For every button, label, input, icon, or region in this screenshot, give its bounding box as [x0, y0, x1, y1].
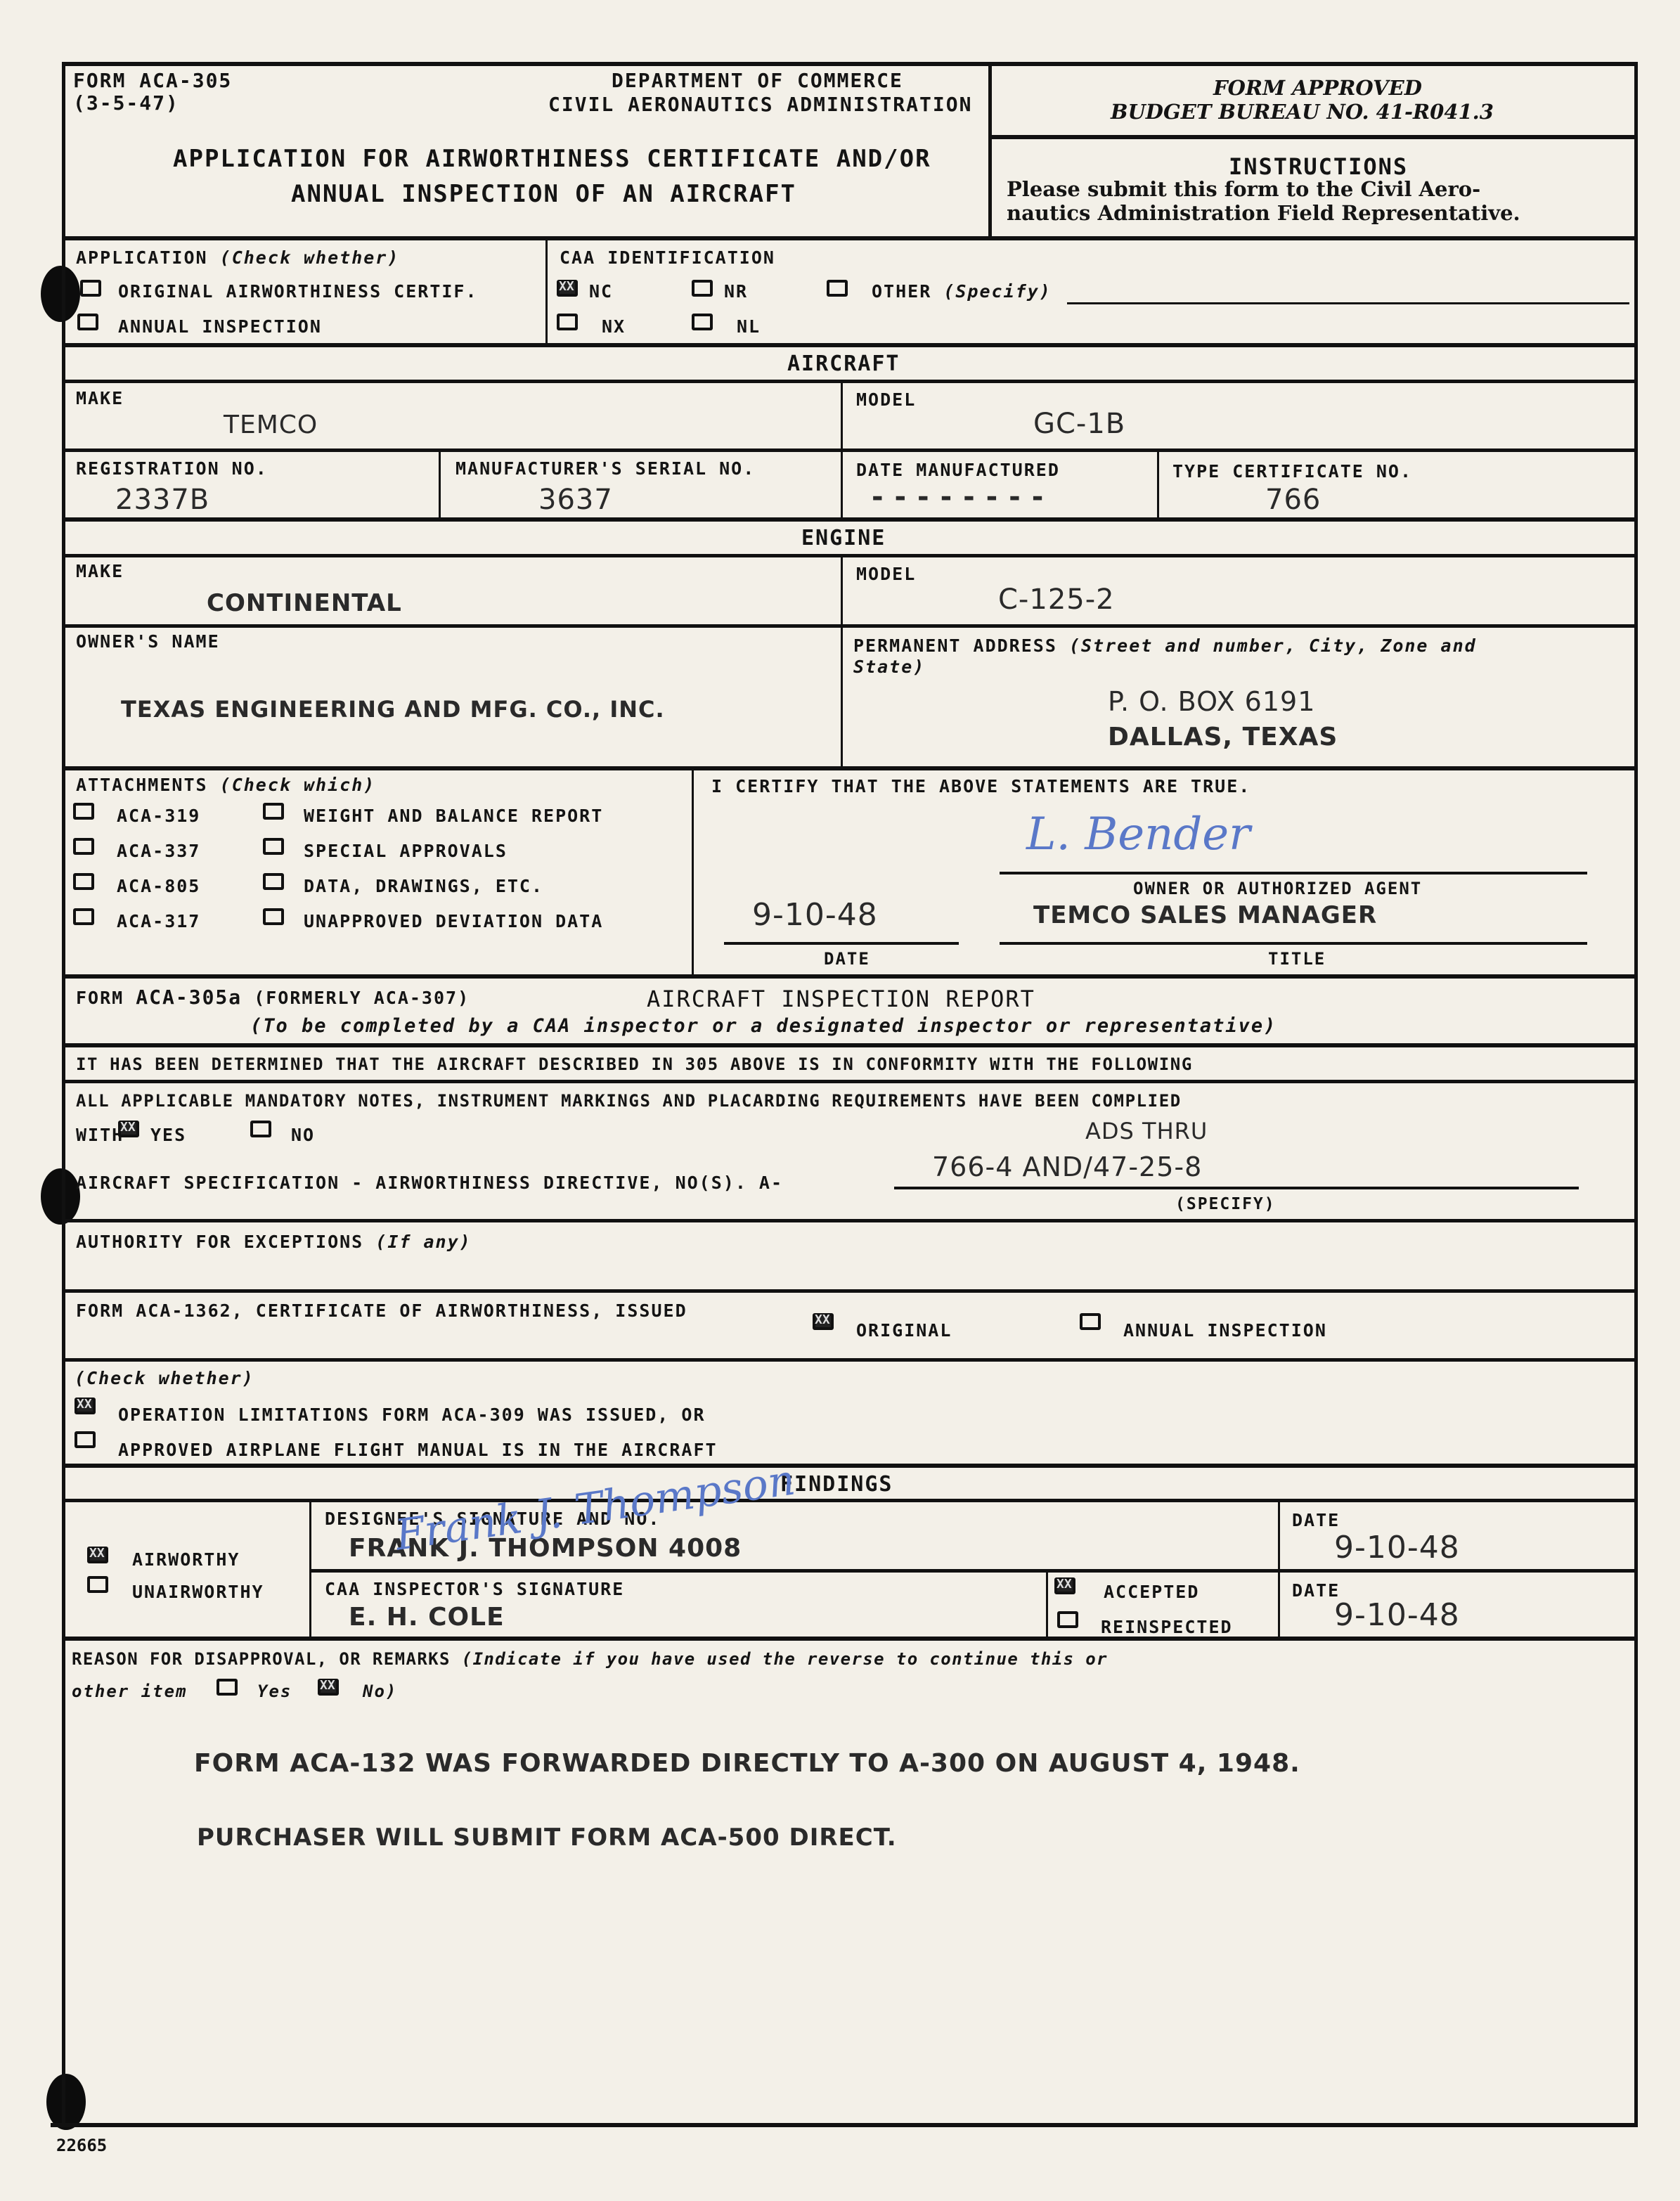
certification-title-label: TITLE: [1268, 949, 1326, 969]
form-approved: FORM APPROVED: [1213, 76, 1422, 100]
divider: [1157, 450, 1159, 520]
address-line1: P. O. BOX 6191: [1108, 686, 1315, 717]
aircraft-model-value: GC-1B: [1033, 408, 1125, 440]
divider: [63, 1043, 1638, 1047]
accepted-label: ACCEPTED: [1104, 1582, 1199, 1602]
check-whether-label: (Check whether): [75, 1368, 254, 1388]
attachment-aca-319-checkbox[interactable]: [73, 803, 94, 820]
frame-bottom: [51, 2123, 1638, 2127]
divider: [63, 517, 1638, 522]
caa-nx-checkbox[interactable]: [557, 314, 578, 330]
certification-statement: I CERTIFY THAT THE ABOVE STATEMENTS ARE …: [711, 776, 1251, 796]
document-number: 22665: [56, 2136, 107, 2155]
date2-value: 9-10-48: [1334, 1597, 1460, 1633]
op-limits-label: OPERATION LIMITATIONS FORM ACA-309 WAS I…: [118, 1405, 706, 1425]
page-title-line1: APPLICATION FOR AIRWORTHINESS CERTIFICAT…: [173, 145, 931, 173]
signature-line: [1000, 872, 1587, 874]
certification-date-value: 9-10-48: [752, 897, 878, 933]
attachments-label: ATTACHMENTS (Check which): [76, 775, 375, 795]
serial-label: MANUFACTURER'S SERIAL NO.: [455, 458, 755, 479]
engine-model-value: C-125-2: [998, 583, 1115, 616]
date-line: [724, 942, 959, 945]
caa-other-checkbox[interactable]: [827, 280, 848, 297]
title-line: [1000, 942, 1587, 945]
cert-issued-label: FORM ACA-1362, CERTIFICATE OF AIRWORTHIN…: [76, 1300, 687, 1321]
date-manufactured-value: - - - - - - - -: [872, 481, 1044, 513]
inspection-report-title: AIRCRAFT INSPECTION REPORT: [647, 986, 1035, 1012]
attachment-data-drawings-label: DATA, DRAWINGS, ETC.: [304, 876, 543, 896]
caa-nr-checkbox[interactable]: [692, 280, 713, 297]
caa-nr-label: NR: [724, 281, 748, 302]
accepted-checkbox[interactable]: [1054, 1577, 1075, 1594]
administration: CIVIL AERONAUTICS ADMINISTRATION: [548, 93, 972, 116]
remarks-no-checkbox[interactable]: [318, 1679, 339, 1696]
divider: [63, 1464, 1638, 1468]
divider: [841, 555, 843, 766]
attachment-weight-balance-label: WEIGHT AND BALANCE REPORT: [304, 806, 603, 826]
date1-value: 9-10-48: [1334, 1530, 1460, 1566]
application-annual-label: ANNUAL INSPECTION: [118, 316, 322, 337]
punch-hole-bottom: [46, 2074, 86, 2130]
remarks-yes-checkbox[interactable]: [217, 1679, 238, 1696]
application-label: APPLICATION (Check whether): [76, 247, 399, 268]
attachment-unapproved-deviation-label: UNAPPROVED DEVIATION DATA: [304, 911, 603, 931]
form-number: FORM ACA-305: [73, 69, 232, 92]
op-limits-checkbox[interactable]: [75, 1398, 96, 1414]
divider: [63, 236, 1638, 240]
reinspected-label: REINSPECTED: [1101, 1617, 1233, 1637]
date2-label: DATE: [1292, 1580, 1340, 1601]
caa-nl-checkbox[interactable]: [692, 314, 713, 330]
instructions-line1: Please submit this form to the Civil Aer…: [1007, 177, 1480, 201]
caa-nc-checkbox[interactable]: [557, 280, 578, 297]
form-date: (3-5-47): [73, 91, 179, 115]
complied-yes-checkbox[interactable]: [118, 1121, 139, 1137]
aircraft-section-title: AIRCRAFT: [787, 351, 900, 376]
divider: [63, 448, 1638, 452]
instructions-line2: nautics Administration Field Representat…: [1007, 201, 1520, 225]
airworthy-label: AIRWORTHY: [132, 1549, 240, 1570]
caa-nx-label: NX: [602, 316, 626, 337]
attachment-unapproved-deviation-checkbox[interactable]: [263, 908, 284, 925]
attachment-aca-805-label: ACA-805: [117, 876, 200, 896]
remarks-line1: FORM ACA-132 WAS FORWARDED DIRECTLY TO A…: [194, 1749, 1300, 1778]
remarks-no-label: No): [363, 1682, 397, 1701]
divider: [63, 1358, 1638, 1362]
divider: [63, 766, 1638, 770]
divider: [545, 239, 548, 344]
caa-nc-label: NC: [589, 281, 613, 302]
instructions-title: INSTRUCTIONS: [1229, 153, 1408, 180]
attachment-aca-337-checkbox[interactable]: [73, 838, 94, 855]
attachment-aca-317-label: ACA-317: [117, 911, 200, 931]
divider: [63, 1219, 1638, 1222]
aircraft-make-label: MAKE: [76, 388, 124, 408]
exceptions-label: AUTHORITY FOR EXCEPTIONS (If any): [76, 1232, 472, 1252]
cert-annual-checkbox[interactable]: [1080, 1313, 1101, 1330]
inspector-label: CAA INSPECTOR'S SIGNATURE: [325, 1579, 624, 1599]
aircraft-model-label: MODEL: [856, 389, 916, 410]
reinspected-checkbox[interactable]: [1057, 1611, 1078, 1628]
flight-manual-label: APPROVED AIRPLANE FLIGHT MANUAL IS IN TH…: [118, 1440, 718, 1460]
exceptions-input[interactable]: [76, 1258, 1622, 1286]
punch-hole-middle: [41, 1168, 80, 1225]
owner-name-value: TEXAS ENGINEERING AND MFG. CO., INC.: [121, 696, 665, 723]
engine-section-title: ENGINE: [801, 526, 886, 550]
complied-no-label: NO: [291, 1125, 315, 1145]
owner-signature[interactable]: L. Bender: [1026, 808, 1251, 860]
date1-label: DATE: [1292, 1510, 1340, 1530]
complied-yes-label: YES: [150, 1125, 186, 1145]
engine-model-label: MODEL: [856, 564, 916, 584]
divider: [309, 1569, 1638, 1573]
owner-name-label: OWNER'S NAME: [76, 631, 220, 652]
engine-make-value: CONTINENTAL: [207, 589, 402, 617]
budget-bureau: BUDGET BUREAU NO. 41-R041.3: [1111, 100, 1494, 124]
attachment-data-drawings-checkbox[interactable]: [263, 873, 284, 890]
attachment-weight-balance-checkbox[interactable]: [263, 803, 284, 820]
attachment-aca-317-checkbox[interactable]: [73, 908, 94, 925]
type-certificate-value: 766: [1265, 484, 1321, 516]
aircraft-make-value: TEMCO: [224, 411, 318, 439]
inspection-report-subtitle: (To be completed by a CAA inspector or a…: [250, 1015, 1277, 1037]
inspection-form-label: FORM ACA-305a (FORMERLY ACA-307): [76, 986, 470, 1009]
attachment-aca-805-checkbox[interactable]: [73, 873, 94, 890]
attachment-aca-319-label: ACA-319: [117, 806, 200, 826]
approval-box-bottom: [988, 135, 1638, 139]
registration-label: REGISTRATION NO.: [76, 458, 268, 479]
cert-original-label: ORIGINAL: [856, 1320, 952, 1341]
application-original-label: ORIGINAL AIRWORTHINESS CERTIF.: [118, 281, 478, 302]
divider: [63, 1080, 1638, 1083]
spec-value-line1: ADS THRU: [1085, 1118, 1208, 1144]
cert-original-checkbox[interactable]: [813, 1313, 834, 1330]
divider: [63, 974, 1638, 979]
application-annual-checkbox[interactable]: [77, 314, 98, 330]
spec-value-line2[interactable]: 766-4 AND/47-25-8: [932, 1151, 1202, 1182]
divider: [439, 450, 441, 520]
frame-left: [62, 62, 65, 2126]
frame-right: [1634, 62, 1638, 2126]
caa-identification-label: CAA IDENTIFICATION: [560, 247, 775, 268]
department: DEPARTMENT OF COMMERCE: [612, 69, 903, 92]
caa-other-label: OTHER (Specify): [872, 281, 1052, 302]
frame-top: [63, 62, 1638, 66]
address-hint-line2: State): [853, 657, 925, 677]
serial-value: 3637: [538, 484, 613, 516]
divider: [63, 1499, 1638, 1502]
signature-label: OWNER OR AUTHORIZED AGENT: [1133, 879, 1422, 898]
engine-make-label: MAKE: [76, 561, 124, 581]
divider: [692, 769, 694, 974]
divider: [63, 624, 1638, 628]
page-title-line2: ANNUAL INSPECTION OF AN AIRCRAFT: [291, 180, 796, 208]
address-label: PERMANENT ADDRESS (Street and number, Ci…: [853, 635, 1477, 656]
divider: [63, 1289, 1638, 1293]
complied-no-checkbox[interactable]: [250, 1121, 271, 1137]
date-manufactured-label: DATE MANUFACTURED: [856, 460, 1060, 480]
divider: [63, 380, 1638, 383]
divider: [1046, 1570, 1048, 1638]
unairworthy-label: UNAIRWORTHY: [132, 1582, 264, 1602]
cert-annual-label: ANNUAL INSPECTION: [1123, 1320, 1327, 1341]
divider: [63, 554, 1638, 557]
conformity-statement: IT HAS BEEN DETERMINED THAT THE AIRCRAFT…: [76, 1054, 1193, 1074]
spec-input-line: [894, 1187, 1579, 1189]
type-certificate-label: TYPE CERTIFICATE NO.: [1172, 461, 1412, 482]
spec-label: AIRCRAFT SPECIFICATION - AIRWORTHINESS D…: [76, 1173, 783, 1193]
inspector-value: E. H. COLE: [349, 1603, 505, 1632]
flight-manual-checkbox[interactable]: [75, 1431, 96, 1448]
divider: [63, 343, 1638, 347]
caa-nl-label: NL: [737, 316, 761, 337]
spec-hint: (SPECIFY): [1175, 1195, 1276, 1213]
attachment-special-approvals-label: SPECIAL APPROVALS: [304, 841, 508, 861]
divider: [63, 1637, 1638, 1641]
remarks-label: REASON FOR DISAPPROVAL, OR REMARKS (Indi…: [72, 1649, 1108, 1669]
punch-hole-top: [41, 266, 80, 322]
mandatory-notes-statement: ALL APPLICABLE MANDATORY NOTES, INSTRUME…: [76, 1091, 1182, 1111]
address-line2: DALLAS, TEXAS: [1108, 723, 1338, 751]
findings-section-title: FINDINGS: [780, 1472, 893, 1497]
airworthy-checkbox[interactable]: [87, 1547, 108, 1563]
complied-with-label: WITH: [76, 1125, 124, 1145]
remarks-line2: PURCHASER WILL SUBMIT FORM ACA-500 DIREC…: [197, 1824, 897, 1852]
header-divider: [988, 62, 992, 238]
application-original-checkbox[interactable]: [80, 280, 101, 297]
caa-other-input[interactable]: [1067, 302, 1629, 304]
remarks-hint-other: other item: [72, 1682, 188, 1701]
attachment-special-approvals-checkbox[interactable]: [263, 838, 284, 855]
registration-value: 2337B: [115, 484, 209, 516]
remarks-yes-label: Yes: [257, 1682, 292, 1701]
unairworthy-checkbox[interactable]: [87, 1576, 108, 1593]
attachment-aca-337-label: ACA-337: [117, 841, 200, 861]
certification-date-label: DATE: [824, 949, 870, 969]
certification-title-value: TEMCO SALES MANAGER: [1033, 901, 1377, 929]
